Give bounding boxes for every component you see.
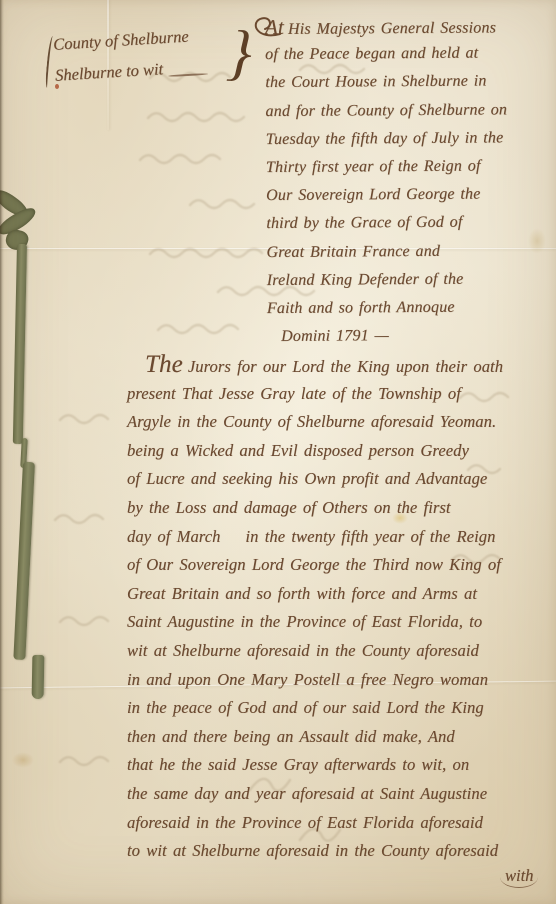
margin-note-line: County of Shelburne: [53, 24, 244, 54]
manuscript-line: Great Britain and so forth with force an…: [127, 580, 556, 609]
catchword: with: [500, 866, 538, 888]
manuscript-line: Argyle in the County of Shelburne afores…: [127, 408, 556, 437]
ribbon-segment: [13, 462, 35, 660]
manuscript-line: TheJurors for our Lord the King upon the…: [127, 351, 556, 380]
manuscript-line: then and there being an Assault did make…: [127, 723, 556, 752]
manuscript-line: AtHis Majestys General Sessions: [265, 11, 556, 41]
manuscript-line: wit at Shelburne aforesaid in the County…: [127, 637, 556, 666]
page-left-edge: [0, 0, 4, 904]
lead-word: The: [145, 351, 183, 378]
manuscript-line: third by the Grace of God of: [266, 208, 556, 238]
manuscript-line: being a Wicked and Evil disposed person …: [127, 437, 556, 466]
manuscript-line: and for the County of Shelburne on: [265, 96, 556, 126]
manuscript-line: of the Peace began and held at: [265, 39, 556, 69]
line-text: Jurors for our Lord the King upon their …: [188, 357, 503, 376]
margin-note-line: Shelburne to wit: [55, 55, 246, 85]
manuscript-line: Great Britain France and: [266, 236, 556, 266]
ribbon-end: [32, 655, 45, 699]
manuscript-page: County of Shelburne Shelburne to wit } A…: [0, 0, 556, 904]
manuscript-line: Faith and so forth Annoque: [267, 293, 556, 323]
manuscript-line: aforesaid in the Province of East Florid…: [127, 809, 556, 838]
manuscript-line: Domini 1791 —: [267, 321, 556, 351]
manuscript-line: of Our Sovereign Lord George the Third n…: [127, 551, 556, 580]
manuscript-line: to wit at Shelburne aforesaid in the Cou…: [127, 837, 556, 866]
ribbon-segment: [13, 244, 27, 444]
manuscript-line: in and upon One Mary Postell a free Negr…: [127, 666, 556, 695]
manuscript-line: the same day and year aforesaid at Saint…: [127, 780, 556, 809]
heading-paragraph: AtHis Majestys General Sessions of the P…: [265, 11, 556, 351]
manuscript-line: Tuesday the fifth day of July in the: [266, 124, 556, 154]
manuscript-line: Ireland King Defender of the: [267, 265, 556, 295]
line-text: His Majestys General Sessions: [288, 19, 496, 37]
foxing-spot: [12, 752, 34, 768]
manuscript-line: Thirty first year of the Reign of: [266, 152, 556, 182]
manuscript-line: by the Loss and damage of Others on the …: [127, 494, 556, 523]
manuscript-line: day of March in the twenty fifth year of…: [127, 523, 556, 552]
manuscript-line: in the peace of God and of our said Lord…: [127, 694, 556, 723]
lead-word: At: [265, 15, 284, 39]
manuscript-line: of Lucre and seeking his Own profit and …: [127, 465, 556, 494]
manuscript-line: that he the said Jesse Gray afterwards t…: [127, 751, 556, 780]
body-paragraph: TheJurors for our Lord the King upon the…: [127, 351, 556, 866]
margin-note: County of Shelburne Shelburne to wit: [53, 24, 246, 85]
manuscript-line: Our Sovereign Lord George the: [266, 180, 556, 210]
manuscript-line: Saint Augustine in the Province of East …: [127, 608, 556, 637]
manuscript-line: the Court House in Shelburne in: [265, 67, 556, 97]
manuscript-line: present That Jesse Gray late of the Town…: [127, 380, 556, 409]
